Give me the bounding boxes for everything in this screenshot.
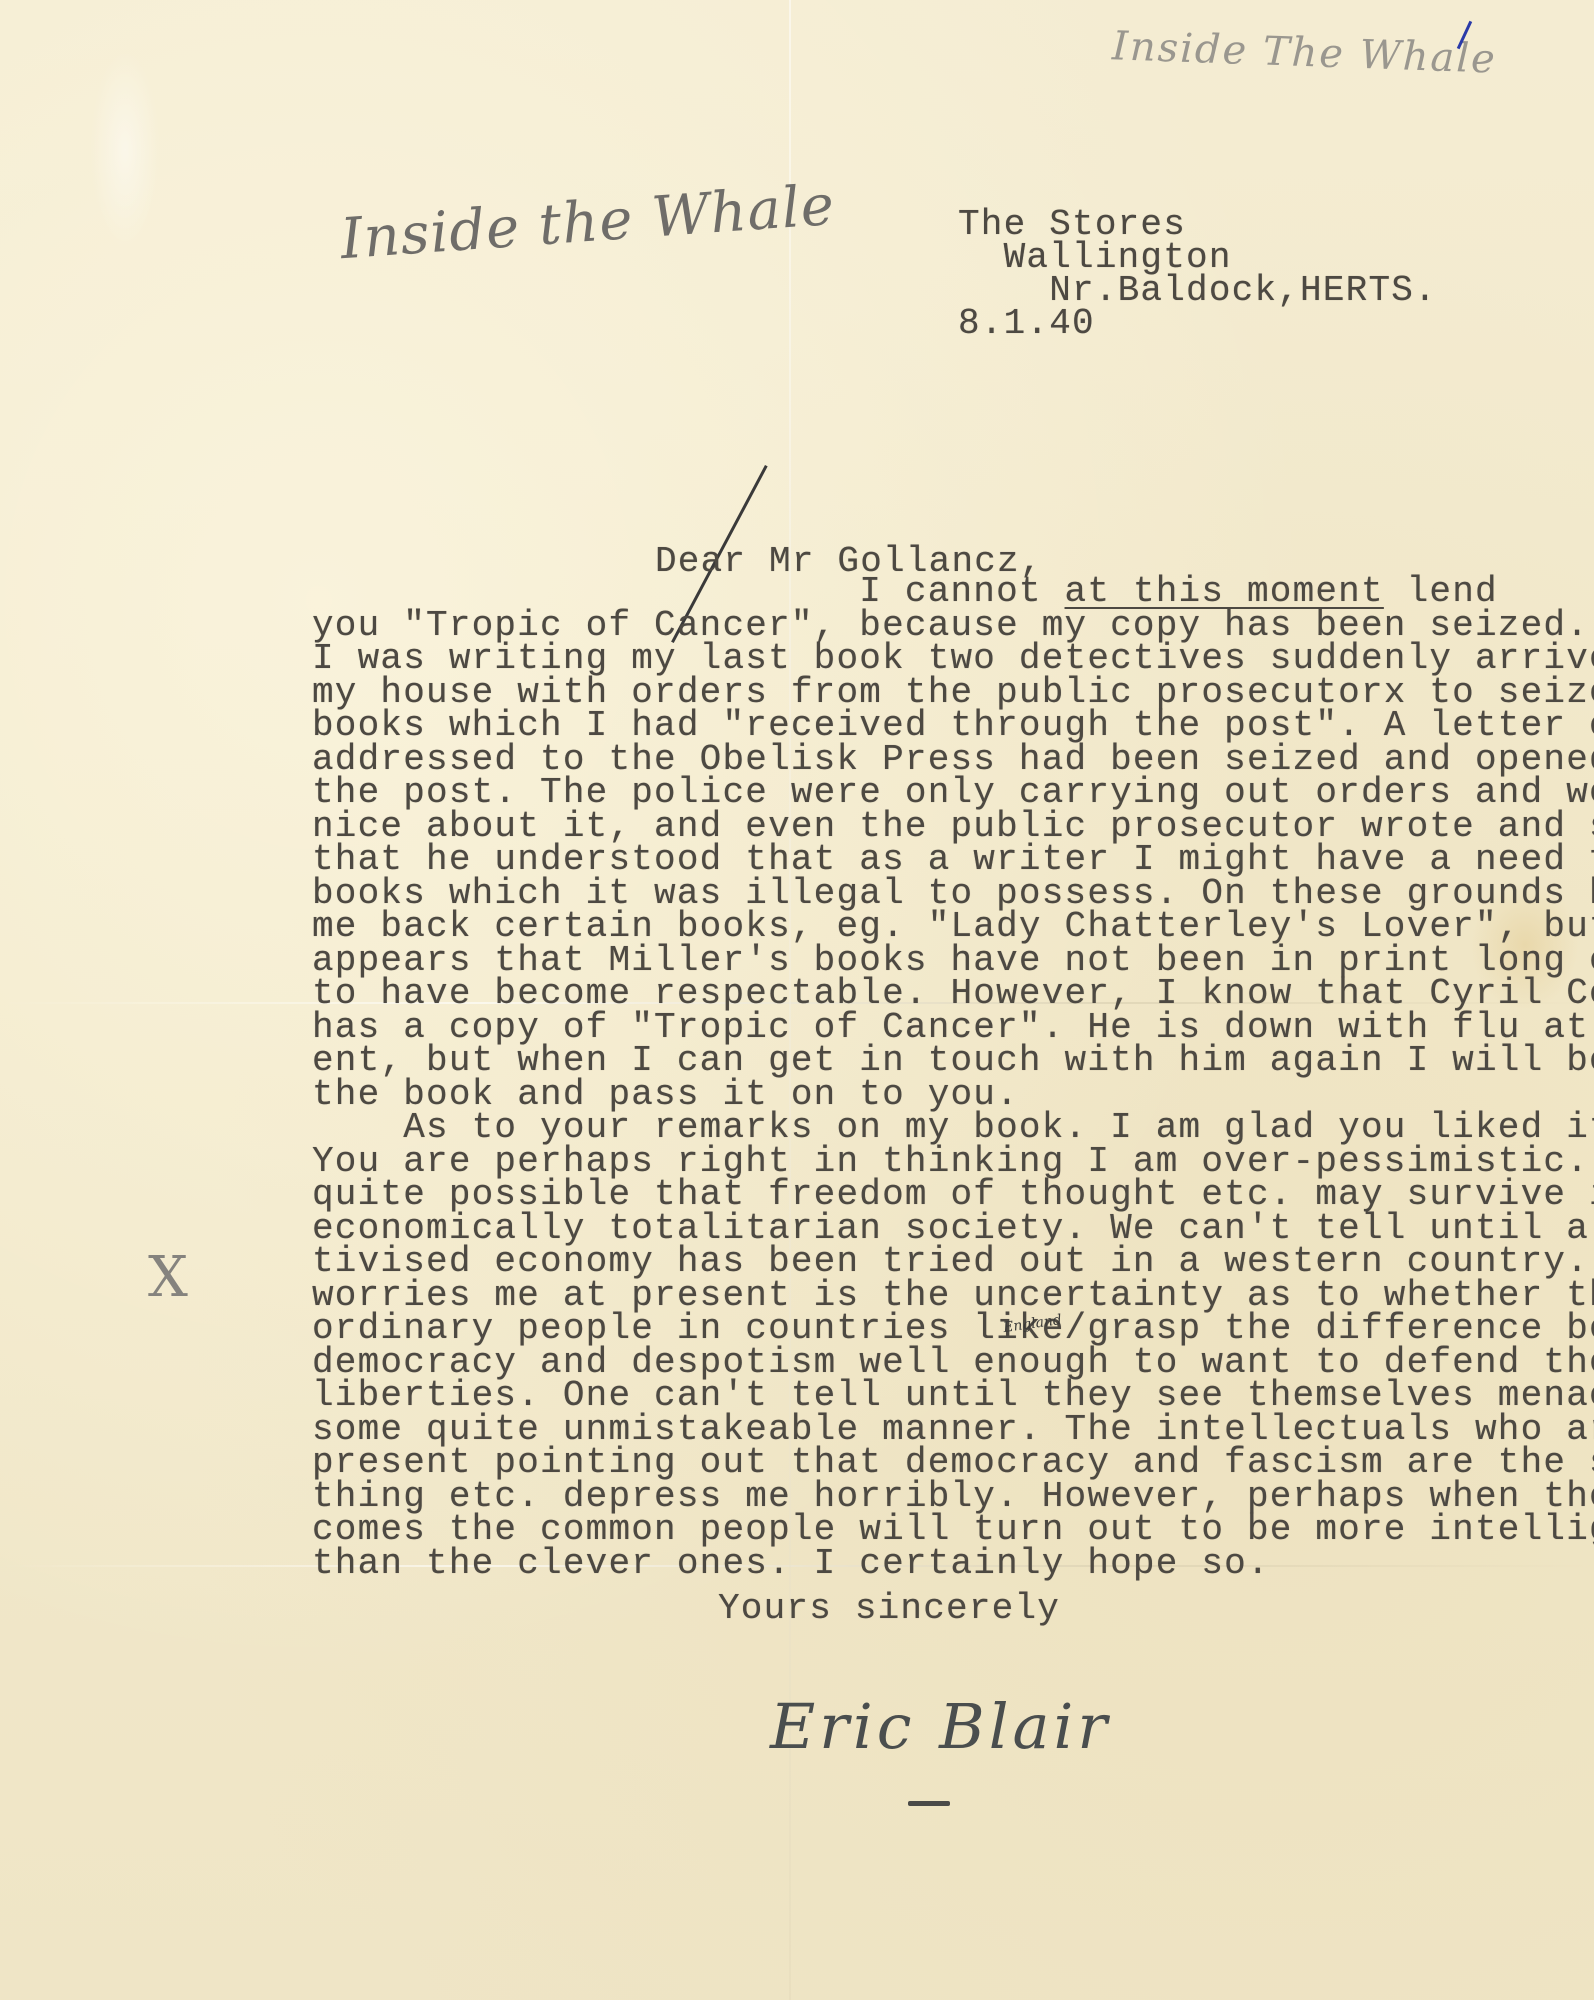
body-line: than the clever ones. I certainly hope s… [312, 1547, 1594, 1581]
body-line: tivised economy has been tried out in a … [312, 1245, 1594, 1279]
body-line: that he understood that as a writer I mi… [312, 843, 1594, 877]
body-line: my house with orders from the public pro… [312, 676, 1594, 710]
body-line: I was writing my last book two detective… [312, 642, 1594, 676]
paper-wear-mark [90, 50, 160, 250]
body-line: addressed to the Obelisk Press had been … [312, 743, 1594, 777]
body-line: to have become respectable. However, I k… [312, 977, 1594, 1011]
body-line: books which I had "received through the … [312, 709, 1594, 743]
body-line: comes the common people will turn out to… [312, 1513, 1594, 1547]
body-line: the book and pass it on to you. [312, 1078, 1594, 1112]
body-line: appears that Miller's books have not bee… [312, 944, 1594, 978]
body-line: me back certain books, eg. "Lady Chatter… [312, 910, 1594, 944]
body-line: you "Tropic of Cancer", because my copy … [312, 609, 1594, 643]
body-line: thing etc. depress me horribly. However,… [312, 1480, 1594, 1514]
letter-body: I cannot at this moment lendyou "Tropic … [312, 575, 1594, 1580]
body-line: ordinary people in countries like/grasp … [312, 1312, 1594, 1346]
body-line: has a copy of "Tropic of Cancer". He is … [312, 1011, 1594, 1045]
body-line: present pointing out that democracy and … [312, 1446, 1594, 1480]
body-line: democracy and despotism well enough to w… [312, 1346, 1594, 1380]
sender-address: The Stores Wallington Nr.Baldock,HERTS.8… [958, 208, 1437, 340]
margin-x-mark: X [148, 1245, 188, 1310]
body-line: books which it was illegal to possess. O… [312, 877, 1594, 911]
closing: Yours sincerely [718, 1592, 1060, 1626]
body-line: the post. The police were only carrying … [312, 776, 1594, 810]
ink-dash-mark [908, 1801, 950, 1806]
body-line: As to your remarks on my book. I am glad… [312, 1111, 1594, 1145]
body-line: some quite unmistakeable manner. The int… [312, 1413, 1594, 1447]
body-line: quite possible that freedom of thought e… [312, 1178, 1594, 1212]
body-line: ent, but when I can get in touch with hi… [312, 1044, 1594, 1078]
body-line: liberties. One can't tell until they see… [312, 1379, 1594, 1413]
body-first-line: I cannot at this moment lend [312, 575, 1594, 609]
body-line: worries me at present is the uncertainty… [312, 1279, 1594, 1313]
body-line: nice about it, and even the public prose… [312, 810, 1594, 844]
body-line: You are perhaps right in thinking I am o… [312, 1145, 1594, 1179]
body-line: economically totalitarian society. We ca… [312, 1212, 1594, 1246]
letter-date: 8.1.40 [958, 307, 1437, 340]
signature: Eric Blair [770, 1690, 1111, 1763]
